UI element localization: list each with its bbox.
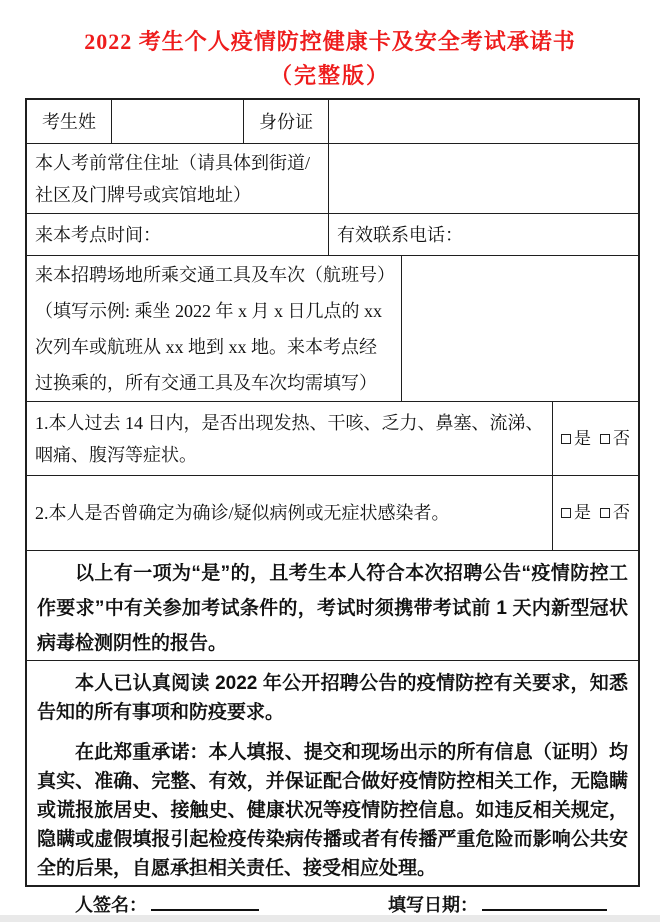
address-label: 本人考前常住住址（请具体到街道/社区及门牌号或宾馆地址） <box>27 144 329 213</box>
table-row-notice: 以上有一项为“是”的，且考生本人符合本次招聘公告“疫情防控工作要求”中有关参加考… <box>27 551 638 661</box>
table-row-transport: 来本招聘场地所乘交通工具及车次（航班号）（填写示例: 乘坐 2022 年 x 月… <box>27 256 638 402</box>
table-row-address: 本人考前常住住址（请具体到街道/社区及门牌号或宾馆地址） <box>27 144 638 214</box>
table-row-question2: 2.本人是否曾确定为确诊/疑似病例或无症状感染者。 是 否 <box>27 476 638 551</box>
id-label: 身份证 <box>244 100 329 143</box>
date-label: 填写日期： <box>388 895 478 915</box>
page-bottom-edge <box>0 915 660 922</box>
title-line-1: 2022 考生个人疫情防控健康卡及安全考试承诺书 <box>0 25 660 59</box>
transport-label: 来本招聘场地所乘交通工具及车次（航班号）（填写示例: 乘坐 2022 年 x 月… <box>27 256 402 401</box>
checkbox-square-icon[interactable] <box>600 434 610 444</box>
phone-label[interactable]: 有效联系电话： <box>329 214 638 255</box>
table-row-question1: 1.本人过去 14 日内，是否出现发热、干咳、乏力、鼻塞、流涕、咽痛、腹泻等症状… <box>27 402 638 476</box>
id-input-cell[interactable] <box>329 100 638 143</box>
name-input-cell[interactable] <box>112 100 244 143</box>
name-label: 考生姓 <box>27 100 112 143</box>
question2-no-checkbox[interactable]: 否 <box>600 497 630 529</box>
question2-answer-cell: 是 否 <box>553 476 638 550</box>
table-row-commitment: 本人已认真阅读 2022 年公开招聘公告的疫情防控有关要求，知悉告知的所有事项和… <box>27 661 638 885</box>
table-row-name-id: 考生姓 身份证 <box>27 100 638 144</box>
question1-answer-cell: 是 否 <box>553 402 638 475</box>
date-field: 填写日期： <box>388 891 607 917</box>
no-label: 否 <box>613 423 630 455</box>
signature-footer: 人签名： 填写日期： <box>0 891 660 915</box>
title-line-2: （完整版） <box>0 59 660 93</box>
checkbox-square-icon[interactable] <box>600 508 610 518</box>
checkbox-square-icon[interactable] <box>561 508 571 518</box>
no-label: 否 <box>613 497 630 529</box>
commitment-paragraph-cell: 本人已认真阅读 2022 年公开招聘公告的疫情防控有关要求，知悉告知的所有事项和… <box>27 661 638 885</box>
question1-text: 1.本人过去 14 日内，是否出现发热、干咳、乏力、鼻塞、流涕、咽痛、腹泻等症状… <box>27 402 553 475</box>
date-blank-line[interactable] <box>482 896 607 911</box>
transport-input-cell[interactable] <box>402 256 638 401</box>
arrival-time-label[interactable]: 来本考点时间： <box>27 214 329 255</box>
yes-label: 是 <box>574 423 591 455</box>
read-paragraph: 本人已认真阅读 2022 年公开招聘公告的疫情防控有关要求，知悉告知的所有事项和… <box>37 669 628 727</box>
promise-paragraph: 在此郑重承诺：本人填报、提交和现场出示的所有信息（证明）均真实、准确、完整、有效… <box>37 738 628 883</box>
yes-label: 是 <box>574 497 591 529</box>
signature-label: 人签名： <box>75 895 147 915</box>
document-title: 2022 考生个人疫情防控健康卡及安全考试承诺书 （完整版） <box>0 25 660 93</box>
table-row-time-phone: 来本考点时间： 有效联系电话： <box>27 214 638 256</box>
address-input-cell[interactable] <box>329 144 638 213</box>
notice-paragraph: 以上有一项为“是”的，且考生本人符合本次招聘公告“疫情防控工作要求”中有关参加考… <box>37 556 628 661</box>
question2-yes-checkbox[interactable]: 是 <box>561 497 591 529</box>
checkbox-square-icon[interactable] <box>561 434 571 444</box>
signature-field: 人签名： <box>75 891 259 917</box>
question1-yes-checkbox[interactable]: 是 <box>561 423 591 455</box>
question2-text: 2.本人是否曾确定为确诊/疑似病例或无症状感染者。 <box>27 476 553 550</box>
signature-blank-line[interactable] <box>151 896 259 911</box>
question1-no-checkbox[interactable]: 否 <box>600 423 630 455</box>
health-card-table: 考生姓 身份证 本人考前常住住址（请具体到街道/社区及门牌号或宾馆地址） 来本考… <box>25 98 640 887</box>
notice-paragraph-cell: 以上有一项为“是”的，且考生本人符合本次招聘公告“疫情防控工作要求”中有关参加考… <box>27 551 638 660</box>
